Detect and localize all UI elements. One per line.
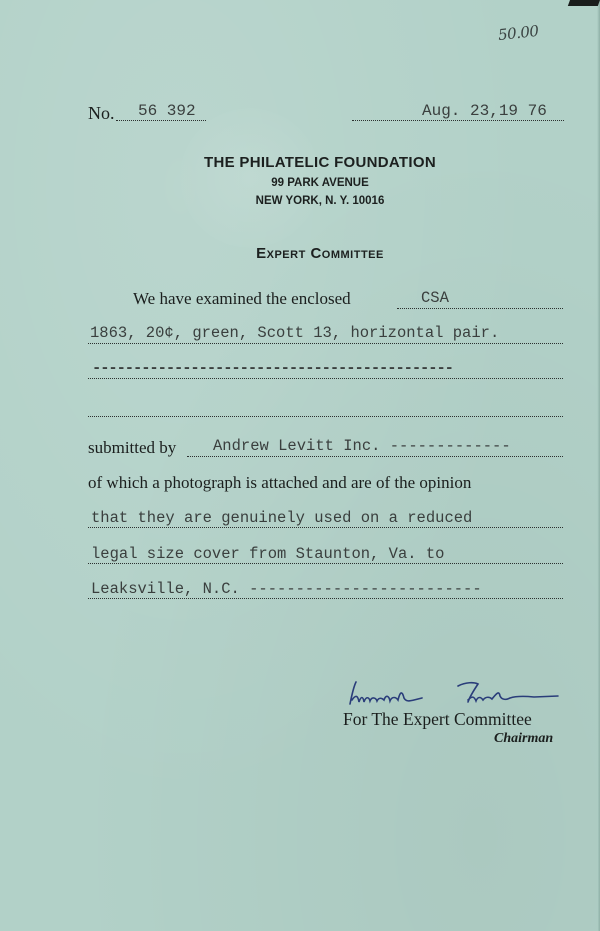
organization-name: THE PHILATELIC FOUNDATION [0,154,600,171]
item-line-3: ----------------------------------------… [92,359,453,377]
certificate-paper: 50.00 No. 56 392 Aug. 23,19 76 THE PHILA… [0,0,600,931]
item-line-1-underline [397,308,563,309]
for-committee-label: For The Expert Committee [343,709,532,730]
committee-heading: Expert Committee [0,245,600,262]
opinion-line-1: that they are genuinely used on a reduce… [91,509,472,527]
certificate-date: Aug. 23,19 76 [422,102,547,120]
opinion-label: of which a photograph is attached and ar… [88,473,471,493]
submitted-label: submitted by [88,438,176,458]
address-line-2: NEW YORK, N. Y. 10016 [0,195,600,207]
number-label: No. [88,103,115,124]
item-line-4-underline [88,416,563,417]
submitted-underline [187,456,563,457]
item-line-3-underline [88,378,563,379]
item-line-2-underline [88,343,563,344]
pencil-price-note: 50.00 [497,22,539,44]
date-underline [352,120,564,121]
opinion-line-2: legal size cover from Staunton, Va. to [91,545,444,563]
certificate-number: 56 392 [138,102,196,120]
opinion-line-2-underline [88,563,563,564]
item-line-2: 1863, 20¢, green, Scott 13, horizontal p… [90,324,499,342]
intro-label: We have examined the enclosed [133,289,351,309]
item-line-1: CSA [421,289,449,307]
opinion-line-3: Leaksville, N.C. -----------------------… [91,580,482,598]
number-underline [116,120,206,121]
submitted-by-value: Andrew Levitt Inc. ------------- [213,437,511,455]
scan-corner [568,0,600,6]
opinion-line-1-underline [88,527,563,528]
chairman-signature [344,676,580,712]
opinion-line-3-underline [88,598,563,599]
chairman-title: Chairman [494,731,553,747]
address-line-1: 99 PARK AVENUE [0,177,600,189]
